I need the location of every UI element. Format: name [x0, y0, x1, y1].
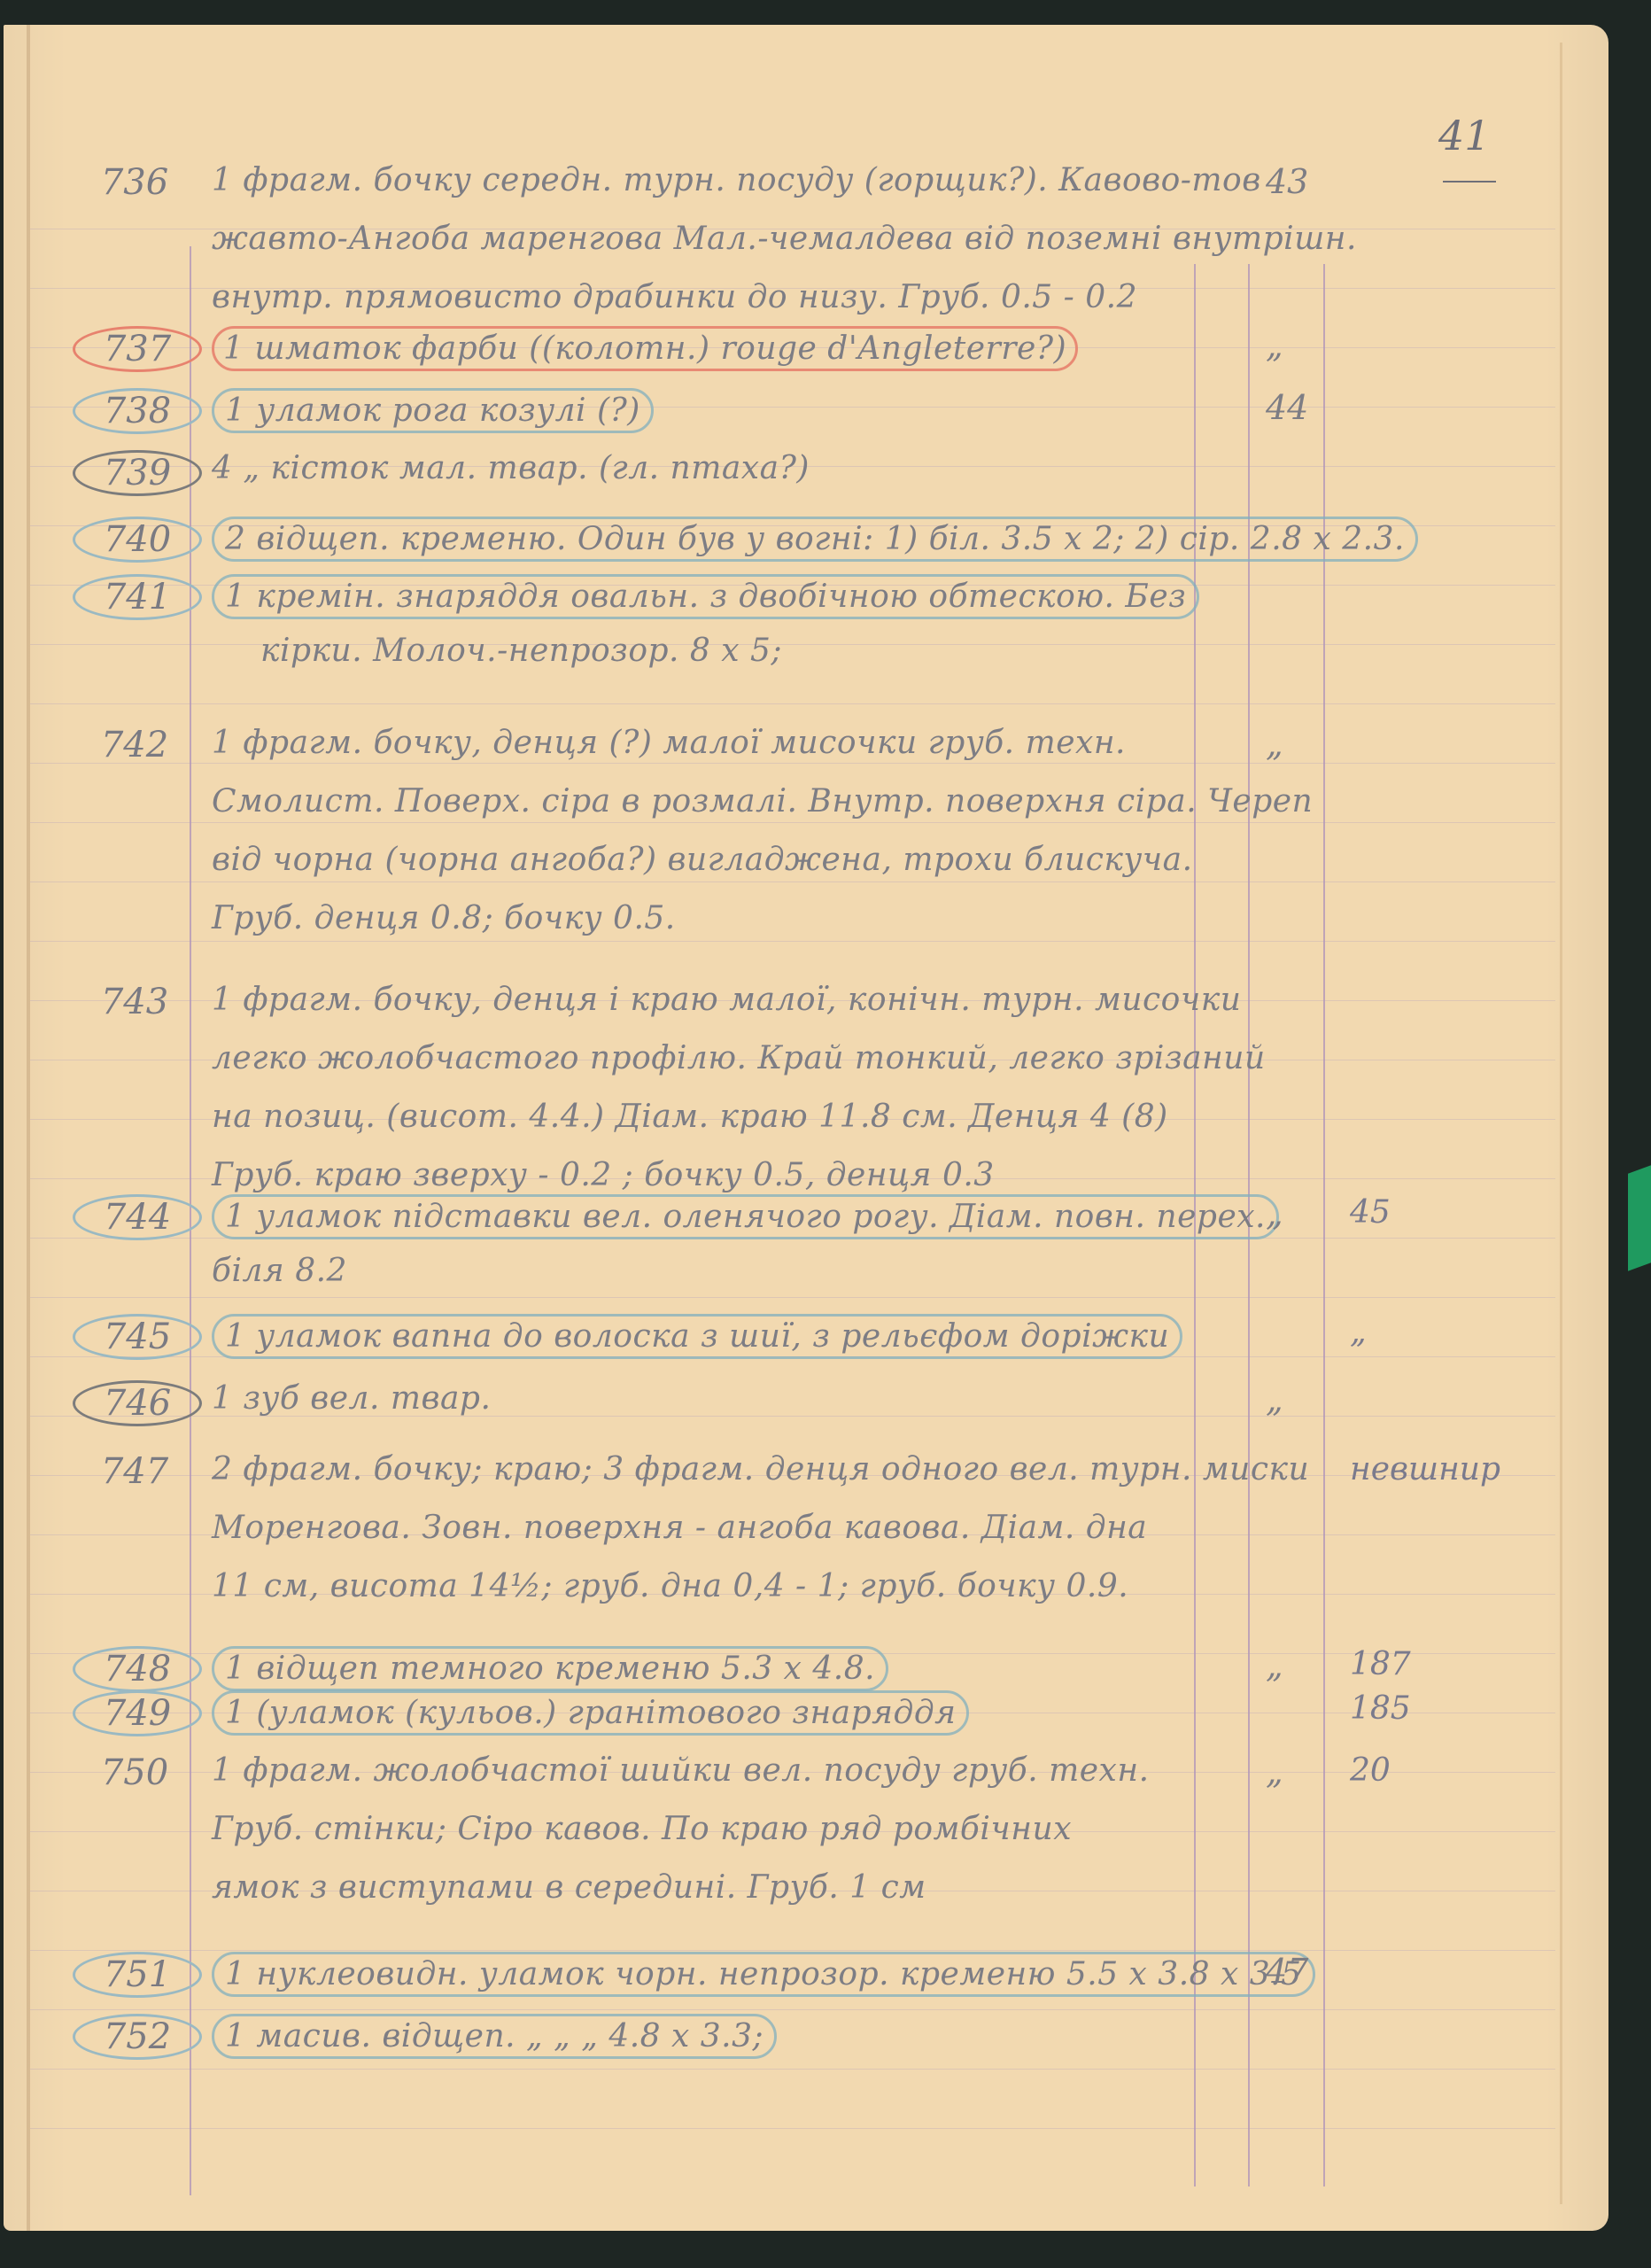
- entry-text-line: 1 фрагм. бочку, денця і краю малої, коні…: [212, 982, 1241, 1018]
- entry-number: 745: [73, 1314, 202, 1360]
- column-value-1: 47: [1266, 1952, 1308, 1991]
- page-number: 41: [1438, 112, 1491, 159]
- entry-text-line: 1 уламок рога козулі (?): [212, 388, 654, 433]
- ruled-line: [30, 2069, 1555, 2070]
- column-value-2: „: [1350, 1314, 1367, 1350]
- ruled-line: [30, 882, 1555, 882]
- entry-number: 747: [73, 1451, 197, 1492]
- entry-number: 746: [73, 1380, 202, 1426]
- entry-text-line: ямок з виступами в середині. Груб. 1 см: [212, 1869, 926, 1906]
- entry-text-line: 1 фрагм. бочку, денця (?) малої мисочки …: [212, 725, 1126, 761]
- entry-text-line: від чорна (чорна ангоба?) вигладжена, тр…: [212, 842, 1193, 878]
- column-value-1: „: [1266, 1752, 1283, 1791]
- entry-text-line: 1 кремін. знаряддя овальн. з двобічною о…: [212, 574, 1199, 619]
- entry-text-line: Груб. денця 0.8; бочку 0.5.: [212, 900, 676, 936]
- entry-number: 752: [73, 2014, 202, 2060]
- column-value-2: 187: [1350, 1646, 1411, 1682]
- column-value-1: 43: [1266, 162, 1308, 201]
- ledger-page: 41 7361 фрагм. бочку середн. турн. посуд…: [4, 25, 1608, 2231]
- ruled-line: [30, 763, 1555, 764]
- ruled-line: [30, 2128, 1555, 2129]
- column-value-1: „: [1266, 1646, 1283, 1685]
- left-fold: [27, 25, 30, 2231]
- entry-text-line: Моренгова. Зовн. поверхня - ангоба кавов…: [212, 1510, 1147, 1546]
- right-fold: [1560, 43, 1562, 2204]
- ruled-line: [30, 1297, 1555, 1298]
- column-value-2: 185: [1350, 1690, 1411, 1727]
- column-value-2: 20: [1350, 1752, 1391, 1789]
- entry-number: 738: [73, 388, 202, 434]
- entry-number: 742: [73, 725, 197, 765]
- entry-text-line: внутр. прямовисто драбинки до низу. Груб…: [212, 279, 1137, 315]
- entry-number: 744: [73, 1194, 202, 1240]
- entry-text-line: 1 уламок підставки вел. оленячого рогу. …: [212, 1194, 1279, 1239]
- column-value-2: невшнир: [1350, 1451, 1500, 1487]
- entry-number: 749: [73, 1690, 202, 1736]
- entry-number: 741: [73, 574, 202, 620]
- entry-number: 740: [73, 517, 202, 563]
- entry-text-line: 4 „ кісток мал. твар. (гл. птаха?): [212, 450, 810, 486]
- column-value-2: 45: [1350, 1194, 1391, 1231]
- entry-text-line: Груб. стінки; Сіро кавов. По краю ряд ро…: [212, 1811, 1072, 1847]
- ruled-line: [30, 1950, 1555, 1951]
- entry-number: 748: [73, 1646, 202, 1692]
- column-value-1: „: [1266, 1380, 1283, 1419]
- entry-text-line: 1 фрагм. жолобчастої шийки вел. посуду г…: [212, 1752, 1150, 1789]
- page-number-underline: [1443, 181, 1496, 183]
- column-value-1: „: [1266, 1194, 1283, 1233]
- entry-text-line: жавто-Ангоба маренгова Мал.-чемалдева ві…: [212, 221, 1357, 257]
- entry-text-line: 11 см, висота 14½; груб. дна 0,4 - 1; гр…: [212, 1568, 1128, 1604]
- entry-text-line: 1 шматок фарби ((колотн.) rouge d'Anglet…: [212, 326, 1078, 371]
- column-value-1: 44: [1266, 388, 1308, 427]
- ruled-line: [30, 644, 1555, 645]
- column-value-1: „: [1266, 725, 1283, 764]
- ruled-line: [30, 2009, 1555, 2010]
- entry-number: 743: [73, 982, 197, 1022]
- entry-text-line: легко жолобчастого профілю. Край тонкий,…: [212, 1040, 1266, 1076]
- ruled-line: [30, 822, 1555, 823]
- entry-number: 739: [73, 450, 202, 496]
- entry-text-line: 1 масив. відщеп. „ „ „ 4.8 x 3.3;: [212, 2014, 777, 2059]
- column-value-1: „: [1266, 326, 1283, 365]
- entry-number: 751: [73, 1952, 202, 1998]
- ruled-line: [30, 703, 1555, 704]
- entry-text-line: на позиц. (висот. 4.4.) Діам. краю 11.8 …: [212, 1099, 1168, 1135]
- background-green-object: [1628, 1165, 1651, 1270]
- entry-text-line: 2 відщеп. кременю. Один був у вогні: 1) …: [212, 517, 1418, 562]
- entry-text-line: Груб. краю зверху - 0.2 ; бочку 0.5, ден…: [212, 1157, 995, 1193]
- entry-number: 736: [73, 162, 197, 203]
- entry-text-line: біля 8.2: [212, 1253, 347, 1289]
- entry-number: 750: [73, 1752, 197, 1793]
- entry-text-line: кірки. Молоч.-непрозор. 8 x 5;: [260, 633, 782, 669]
- entry-text-line: 1 відщеп темного кременю 5.3 x 4.8.: [212, 1646, 888, 1691]
- entry-number: 737: [73, 326, 202, 372]
- entry-text-line: Смолист. Поверх. сіра в розмалі. Внутр. …: [212, 783, 1313, 819]
- entry-text-line: 1 зуб вел. твар.: [212, 1380, 491, 1417]
- ruled-line: [30, 941, 1555, 942]
- entry-text-line: 2 фрагм. бочку; краю; 3 фрагм. денця одн…: [212, 1451, 1309, 1487]
- entry-text-line: 1 нуклеовидн. уламок чорн. непрозор. кре…: [212, 1952, 1315, 1997]
- entry-text-line: 1 фрагм. бочку середн. турн. посуду (гор…: [212, 162, 1261, 198]
- entry-text-line: 1 уламок вапна до волоска з шиї, з рельє…: [212, 1314, 1182, 1359]
- entry-text-line: 1 (уламок (кульов.) гранітового знаряддя: [212, 1690, 969, 1736]
